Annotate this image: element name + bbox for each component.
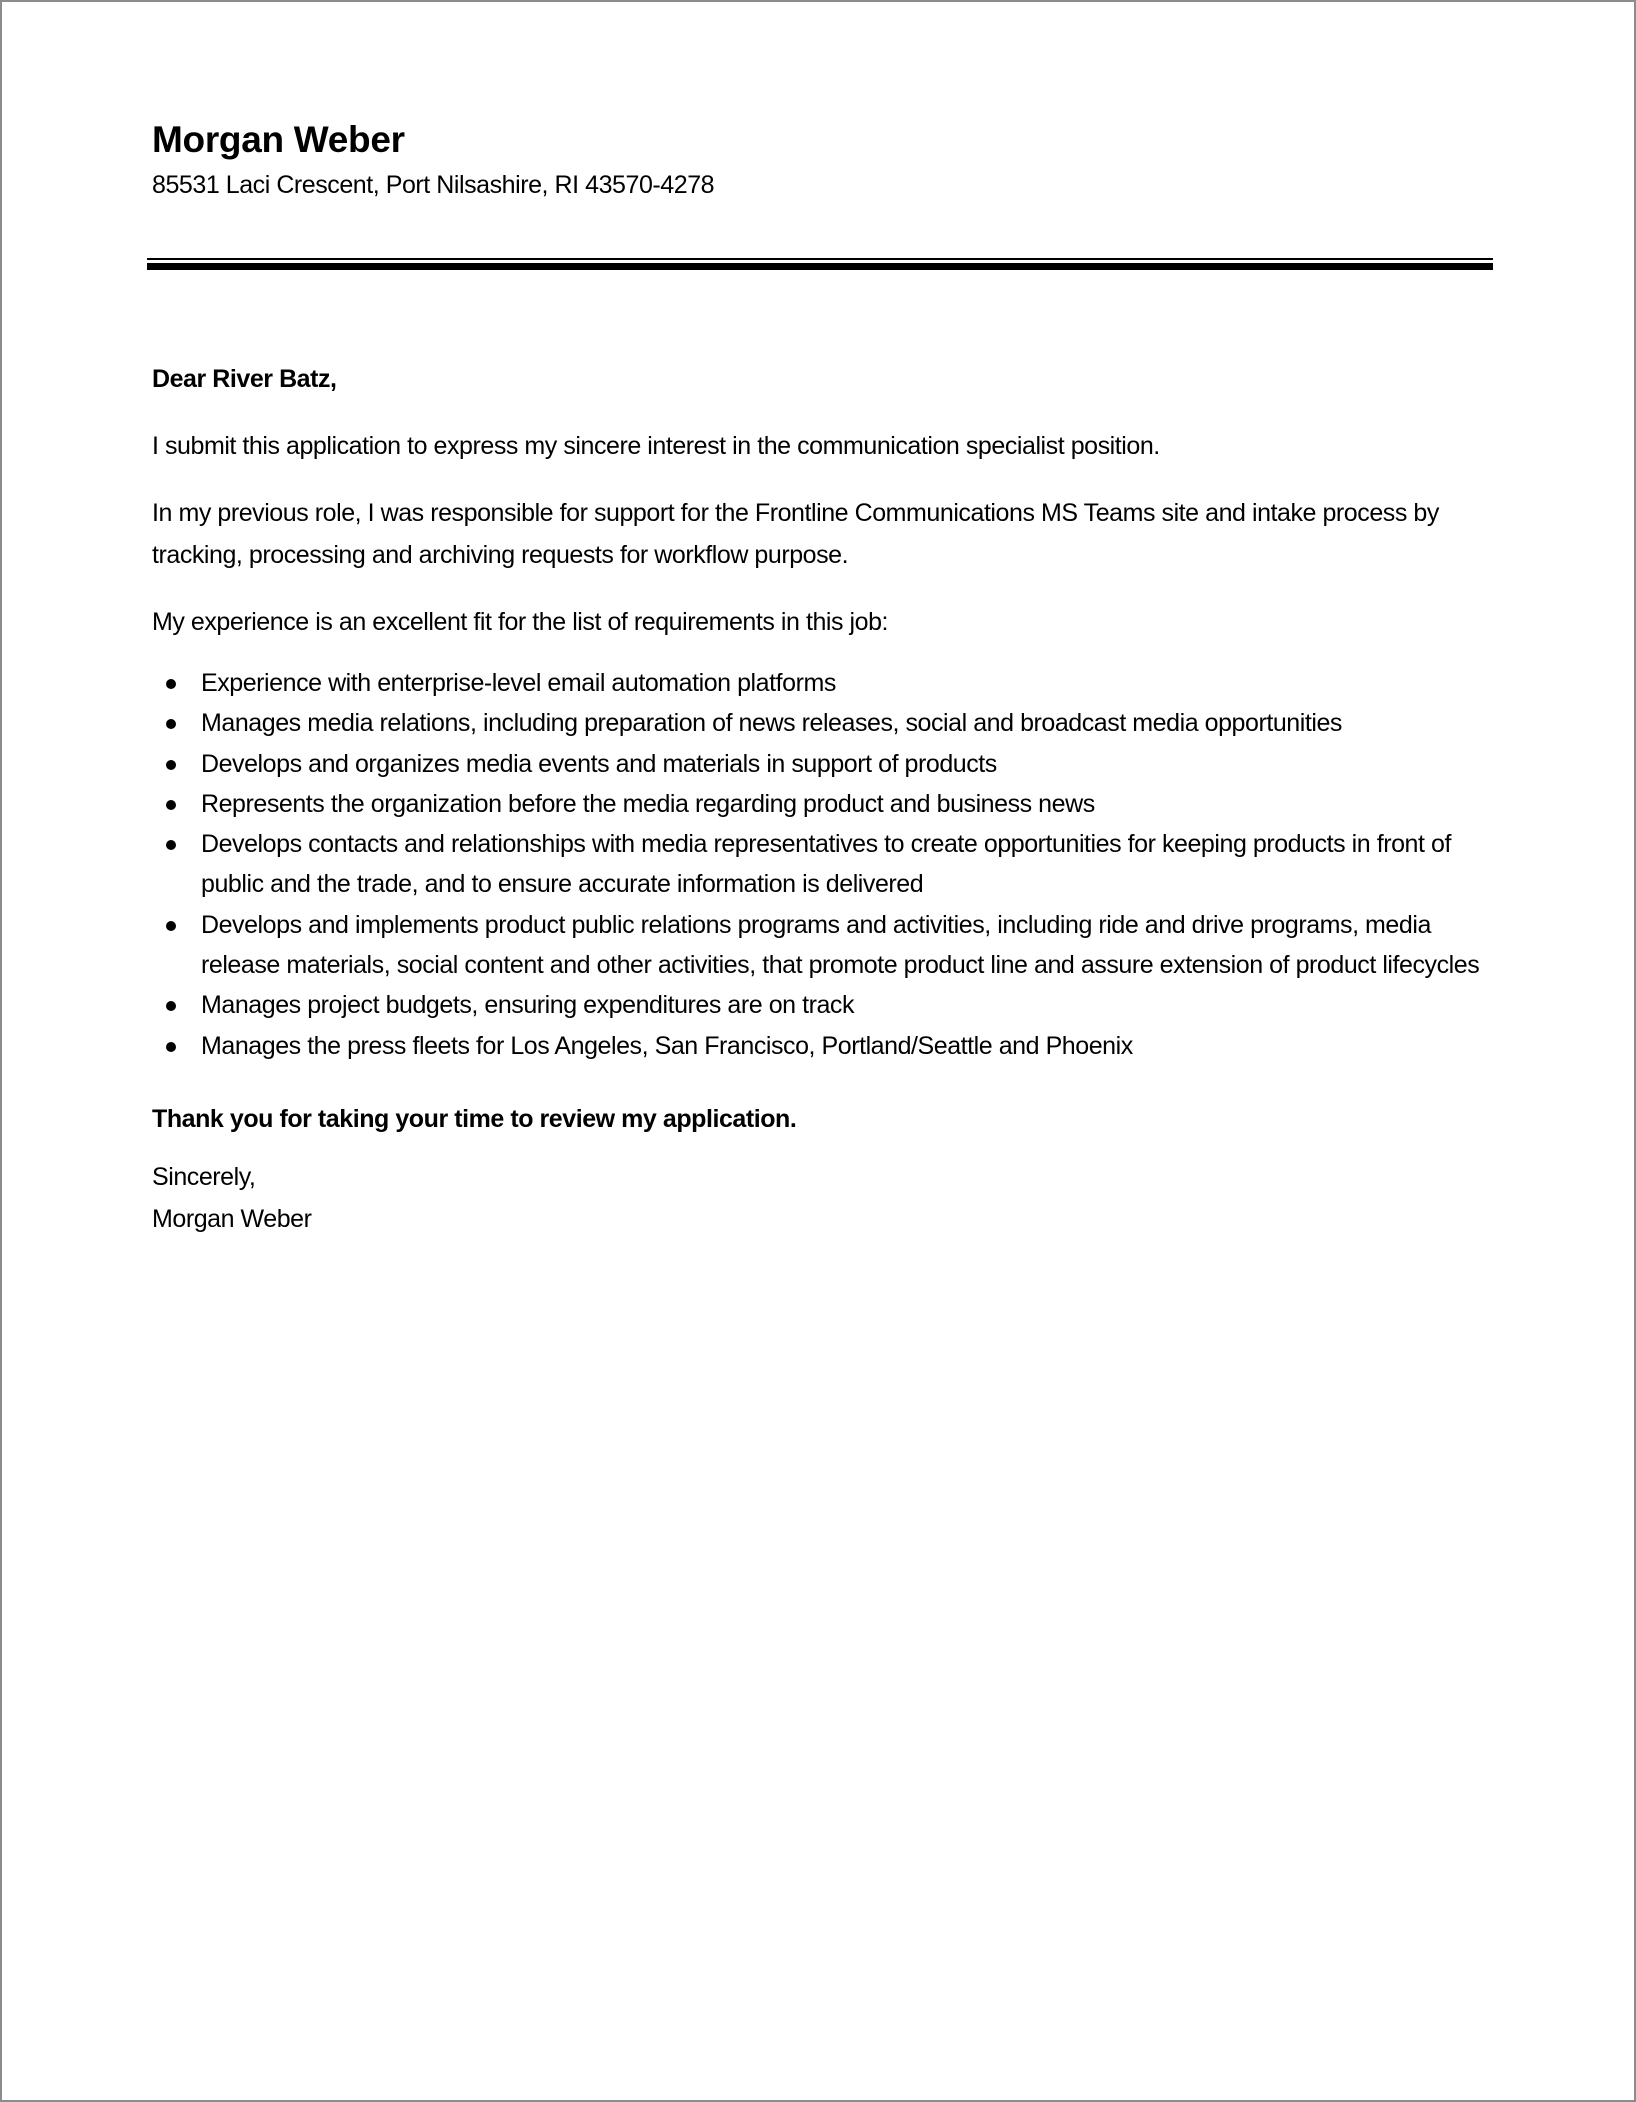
- list-item: Manages the press fleets for Los Angeles…: [152, 1026, 1501, 1066]
- bullet-icon: [166, 760, 176, 770]
- closing-line: Thank you for taking your time to review…: [152, 1098, 1492, 1140]
- list-item: Develops and organizes media events and …: [152, 744, 1501, 784]
- bullet-icon: [166, 1042, 176, 1052]
- paragraph-intro: I submit this application to express my …: [152, 425, 1492, 467]
- bullet-icon: [166, 719, 176, 729]
- letter-body: Dear River Batz, I submit this applicati…: [152, 358, 1492, 1240]
- signoff: Sincerely,: [152, 1156, 1492, 1198]
- requirement-text: Manages the press fleets for Los Angeles…: [201, 1032, 1133, 1060]
- requirement-text: Develops contacts and relationships with…: [201, 830, 1451, 898]
- divider-thick-line: [147, 263, 1493, 270]
- bullet-icon: [166, 1001, 176, 1011]
- list-item: Develops and implements product public r…: [152, 905, 1501, 986]
- list-item: Manages media relations, including prepa…: [152, 703, 1501, 743]
- bullet-icon: [166, 840, 176, 850]
- signature-block: Sincerely, Morgan Weber: [152, 1156, 1492, 1240]
- sender-name: Morgan Weber: [152, 115, 405, 165]
- divider-thin-line: [147, 258, 1493, 260]
- requirement-text: Experience with enterprise-level email a…: [201, 669, 836, 697]
- bullet-icon: [166, 921, 176, 931]
- requirement-text: Develops and implements product public r…: [201, 911, 1479, 979]
- letter-page: Morgan Weber 85531 Laci Crescent, Port N…: [0, 0, 1636, 2102]
- requirements-list: Experience with enterprise-level email a…: [152, 663, 1492, 1066]
- bullet-icon: [166, 679, 176, 689]
- list-item: Manages project budgets, ensuring expend…: [152, 985, 1501, 1025]
- salutation: Dear River Batz,: [152, 358, 1492, 400]
- bullet-icon: [166, 800, 176, 810]
- list-item: Experience with enterprise-level email a…: [152, 663, 1501, 703]
- paragraph-fit: My experience is an excellent fit for th…: [152, 601, 1492, 643]
- requirement-text: Manages media relations, including prepa…: [201, 709, 1342, 737]
- header-divider: [147, 258, 1493, 271]
- paragraph-previous-role: In my previous role, I was responsible f…: [152, 492, 1492, 576]
- requirement-text: Represents the organization before the m…: [201, 790, 1095, 818]
- requirement-text: Manages project budgets, ensuring expend…: [201, 991, 854, 1019]
- requirement-text: Develops and organizes media events and …: [201, 750, 997, 778]
- signature-name: Morgan Weber: [152, 1198, 1492, 1240]
- sender-address: 85531 Laci Crescent, Port Nilsashire, RI…: [152, 164, 752, 207]
- list-item: Develops contacts and relationships with…: [152, 824, 1501, 905]
- list-item: Represents the organization before the m…: [152, 784, 1501, 824]
